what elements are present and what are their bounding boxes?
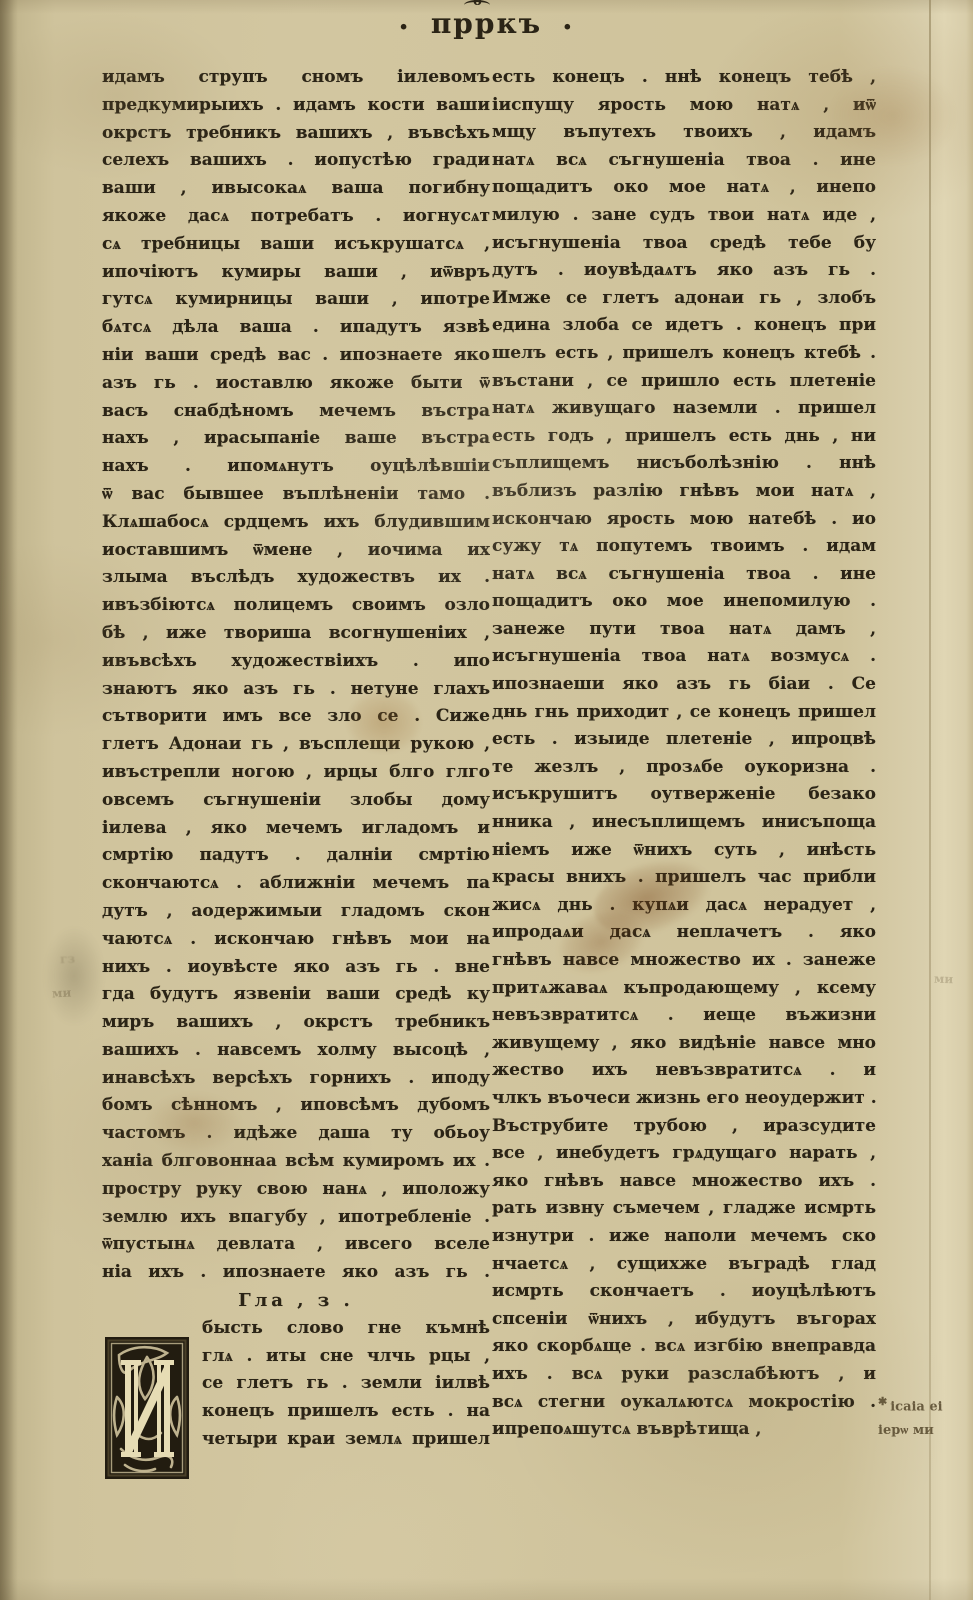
text-line: те жезлъ , прозѧбе оукоризна . xyxy=(492,754,876,782)
text-line: гда будутъ язвеніи ваши средѣ ку xyxy=(102,981,490,1009)
running-head-text: прркъ xyxy=(431,7,542,40)
text-line: искончаю ярость мою натебѣ . ио xyxy=(492,506,876,534)
text-line: нихъ . иоувѣсте яко азъ гь . вне xyxy=(102,954,490,982)
text-line: жисѧ днь . купѧи дасѧ нерадует , xyxy=(492,892,876,920)
text-line: все , инебудетъ грѧдущаго нарать , xyxy=(492,1140,876,1168)
text-line: ваши , ивысокаѧ ваша погибну xyxy=(102,175,490,203)
text-line: окрстъ требникъ вашихъ , въвсѣхъ xyxy=(102,120,490,148)
text-line: ніемъ иже ѿнихъ суть , инѣсть xyxy=(492,837,876,865)
text-line: сътворити имъ все зло се . Сиже xyxy=(102,703,490,731)
text-line: злыма въслѣдъ художествъ их . xyxy=(102,564,490,592)
text-line: днь гнь приходит , се конецъ пришел xyxy=(492,699,876,727)
text-line: въблизъ разлію гнѣвъ мои натѧ , xyxy=(492,478,876,506)
text-line: гутсѧ кумирницы ваши , ипотре xyxy=(102,286,490,314)
text-line: селехъ вашихъ . иопустѣю гради xyxy=(102,147,490,175)
text-line: Въструбите трубою , иразсудите xyxy=(492,1113,876,1141)
text-line: члкъ въочеси жизнь его неоудержит . xyxy=(492,1085,876,1113)
text-line: невъзвратитсѧ . иеще въжизни xyxy=(492,1002,876,1030)
text-line: притѧжаваѧ къпродающему , ксему xyxy=(492,975,876,1003)
text-line: іилева , яко мечемъ игладомъ и xyxy=(102,815,490,843)
text-line: есть годъ , пришелъ есть днь , ни xyxy=(492,423,876,451)
text-line: спсеніи ѿнихъ , ибудутъ въгорах xyxy=(492,1306,876,1334)
faint-marginal-gloss-left: ми xyxy=(52,986,72,1001)
text-line: азъ гь . иоставлю якоже быти ѿ xyxy=(102,370,490,398)
text-line: васъ снабдѣномъ мечемъ въстра xyxy=(102,398,490,426)
running-head: .опрркъ. xyxy=(0,6,973,41)
text-line: рать извну съмечем , гладже исмрть xyxy=(492,1195,876,1223)
text-line: Клѧшабосѧ срдцемъ ихъ блудившим xyxy=(102,509,490,537)
text-line: пощадитъ око мое инепомилую . xyxy=(492,588,876,616)
text-line: шелъ есть , пришелъ конецъ ктебѣ . xyxy=(492,340,876,368)
text-line: якоже дасѧ потребатъ . иогнусѧт xyxy=(102,203,490,231)
text-line: есть . изыиде плетеніе , ипроцвѣ xyxy=(492,726,876,754)
text-line: бѧтсѧ дѣла ваша . ипадутъ язвѣ xyxy=(102,314,490,342)
running-head-word: опрркъ xyxy=(431,7,542,40)
text-line: сужу тѧ попутемъ твоимъ . идам xyxy=(492,533,876,561)
text-line: въстани , се пришло есть плетеніе xyxy=(492,368,876,396)
text-line: дутъ . иоувѣдаѧтъ яко азъ гь . xyxy=(492,257,876,285)
text-line: исъгнушеніа твоа натѧ возмусѧ . xyxy=(492,643,876,671)
text-line: ѿ вас бывшее въплѣненіи тамо . xyxy=(102,481,490,509)
text-line: яко скорбѧще . всѧ изгбію внеправда xyxy=(492,1333,876,1361)
text-line: нника , инесъплищемъ инисъпоща xyxy=(492,809,876,837)
text-line: мщу въпутехъ твоихъ , идамъ xyxy=(492,119,876,147)
text-line: ипродаѧи дасѧ неплачетъ . яко xyxy=(492,919,876,947)
text-line: Имже се глетъ адонаи гь , злобъ xyxy=(492,285,876,313)
faint-marginal-gloss-right: ми xyxy=(934,972,954,987)
margin-note-line: ✱ісаіа еі xyxy=(878,1390,970,1419)
text-line: іиспущу ярость мою натѧ , иѿ xyxy=(492,92,876,120)
text-line: иоставшимъ ѿмене , иочима их xyxy=(102,537,490,565)
text-line: знаютъ яко азъ гь . нетуне глахъ xyxy=(102,676,490,704)
left-text-column: идамъ струпъ сномъ іилевомъпредкумирыихъ… xyxy=(102,64,490,1454)
text-line: простру руку свою нанѧ , иположу xyxy=(102,1176,490,1204)
text-line: ніа ихъ . ипознаете яко азъ гь . xyxy=(102,1259,490,1287)
page-edge-right-crease xyxy=(929,0,931,1600)
text-line: яко гнѣвъ навсе множество ихъ . xyxy=(492,1168,876,1196)
text-line: ихъ . всѧ руки разслабѣютъ , и xyxy=(492,1361,876,1389)
margin-note-line: іерѡ ми xyxy=(878,1419,970,1443)
text-line: ивъвсѣхъ художествіихъ . ипо xyxy=(102,648,490,676)
text-line: частомъ . идѣже даша ту обьоу xyxy=(102,1120,490,1148)
text-line: инавсѣхъ версѣхъ горнихъ . иподу xyxy=(102,1065,490,1093)
text-line: овсемъ съгнушеніи злобы дому xyxy=(102,787,490,815)
text-line: исъгнушеніа твоа средѣ тебе бу xyxy=(492,230,876,258)
drop-cap-initial: И xyxy=(105,1337,189,1479)
text-line: глетъ Адонаи гь , въсплещи рукою , xyxy=(102,731,490,759)
text-line: исъкрушитъ оутверженіе безако xyxy=(492,781,876,809)
text-line: есть конецъ . ннѣ конецъ тебѣ , xyxy=(492,64,876,92)
text-line: ипочіютъ кумиры ваши , иѿвръ xyxy=(102,259,490,287)
text-line: изнутри . иже наполи мечемъ ско xyxy=(492,1223,876,1251)
text-line: бомъ сѣнномъ , иповсѣмъ дубомъ xyxy=(102,1092,490,1120)
text-line: ханіа блговоннаа всѣм кумиромъ их . xyxy=(102,1148,490,1176)
text-line: едина злоба се идетъ . конецъ при xyxy=(492,312,876,340)
text-line: ипознаеши яко азъ гь біаи . Се xyxy=(492,671,876,699)
text-line: вашихъ . навсемъ холму высоцѣ , xyxy=(102,1037,490,1065)
page-edge-left-shadow xyxy=(0,0,18,1600)
text-line: съплищемъ нисъболѣзнію . ннѣ xyxy=(492,450,876,478)
text-line: красы внихъ . пришелъ час прибли xyxy=(492,864,876,892)
text-line: землю ихъ впагубу , ипотребленіе . xyxy=(102,1204,490,1232)
text-line: пощадитъ око мое натѧ , инепо xyxy=(492,174,876,202)
text-line: ипрепоѧшутсѧ въврѣтища , xyxy=(492,1416,876,1444)
text-line: дутъ , аодержимыи гладомъ скон xyxy=(102,898,490,926)
text-line: ивъстрепли ногою , ирцы блго глго xyxy=(102,759,490,787)
text-line: нахъ , ирасыпаніе ваше въстра xyxy=(102,425,490,453)
head-dot-right: . xyxy=(562,2,574,37)
text-line: ніи ваши средѣ вас . ипознаете яко xyxy=(102,342,490,370)
text-line: жество ихъ невъзвратитсѧ . и xyxy=(492,1057,876,1085)
text-line: чаютсѧ . искончаю гнѣвъ мои на xyxy=(102,926,490,954)
text-line: живущему , яко видѣніе навсе мно xyxy=(492,1030,876,1058)
text-line: смртію падутъ . далніи смртію xyxy=(102,842,490,870)
woodcut-initial-icon: И xyxy=(105,1337,189,1479)
text-line: ивъзбіютсѧ полицемъ своимъ озло xyxy=(102,592,490,620)
text-line: исмрть скончаетъ . иоуцѣлѣютъ xyxy=(492,1278,876,1306)
text-line: сѧ требницы ваши исъкрушатсѧ , xyxy=(102,231,490,259)
text-line: милую . зане судъ твои натѧ иде , xyxy=(492,202,876,230)
faint-marginal-gloss-left2: гз xyxy=(60,952,75,967)
text-line: предкумирыихъ . идамъ кости ваши xyxy=(102,92,490,120)
text-line: натѧ всѧ съгнушеніа твоа . ине xyxy=(492,561,876,589)
text-line: миръ вашихъ , окрстъ требникъ xyxy=(102,1009,490,1037)
head-dot-left: . xyxy=(398,2,410,37)
book-page: .опрркъ. идамъ струпъ сномъ іилевомъпред… xyxy=(0,0,973,1600)
text-line: нчаетсѧ , сущихже въградѣ глад xyxy=(492,1251,876,1279)
text-line: Гла , з . xyxy=(102,1287,490,1315)
text-line: натѧ всѧ съгнушеніа твоа . ине xyxy=(492,147,876,175)
stain xyxy=(44,926,104,1026)
asterisk-mark: ✱ xyxy=(878,1395,887,1408)
text-line: нахъ . ипомѧнутъ оуцѣлѣвшіи xyxy=(102,453,490,481)
margin-cross-reference: ✱ісаіа еі іерѡ ми xyxy=(878,1390,970,1443)
text-line: гнѣвъ навсе множество их . занеже xyxy=(492,947,876,975)
text-line: всѧ стегни оукалѧютсѧ мокростію . xyxy=(492,1389,876,1417)
text-line: бѣ , иже твориша всогнушеніих , xyxy=(102,620,490,648)
text-line: натѧ живущаго наземли . пришел xyxy=(492,395,876,423)
text-line: идамъ струпъ сномъ іилевомъ xyxy=(102,64,490,92)
text-line: скончаютсѧ . аближніи мечемъ па xyxy=(102,870,490,898)
text-line: ѿпустынѧ девлата , ивсего вселе xyxy=(102,1231,490,1259)
superscript-letter: о xyxy=(473,0,482,9)
right-text-column: есть конецъ . ннѣ конецъ тебѣ ,іиспущу я… xyxy=(492,64,876,1444)
text-line: занеже пути твоа натѧ дамъ , xyxy=(492,616,876,644)
